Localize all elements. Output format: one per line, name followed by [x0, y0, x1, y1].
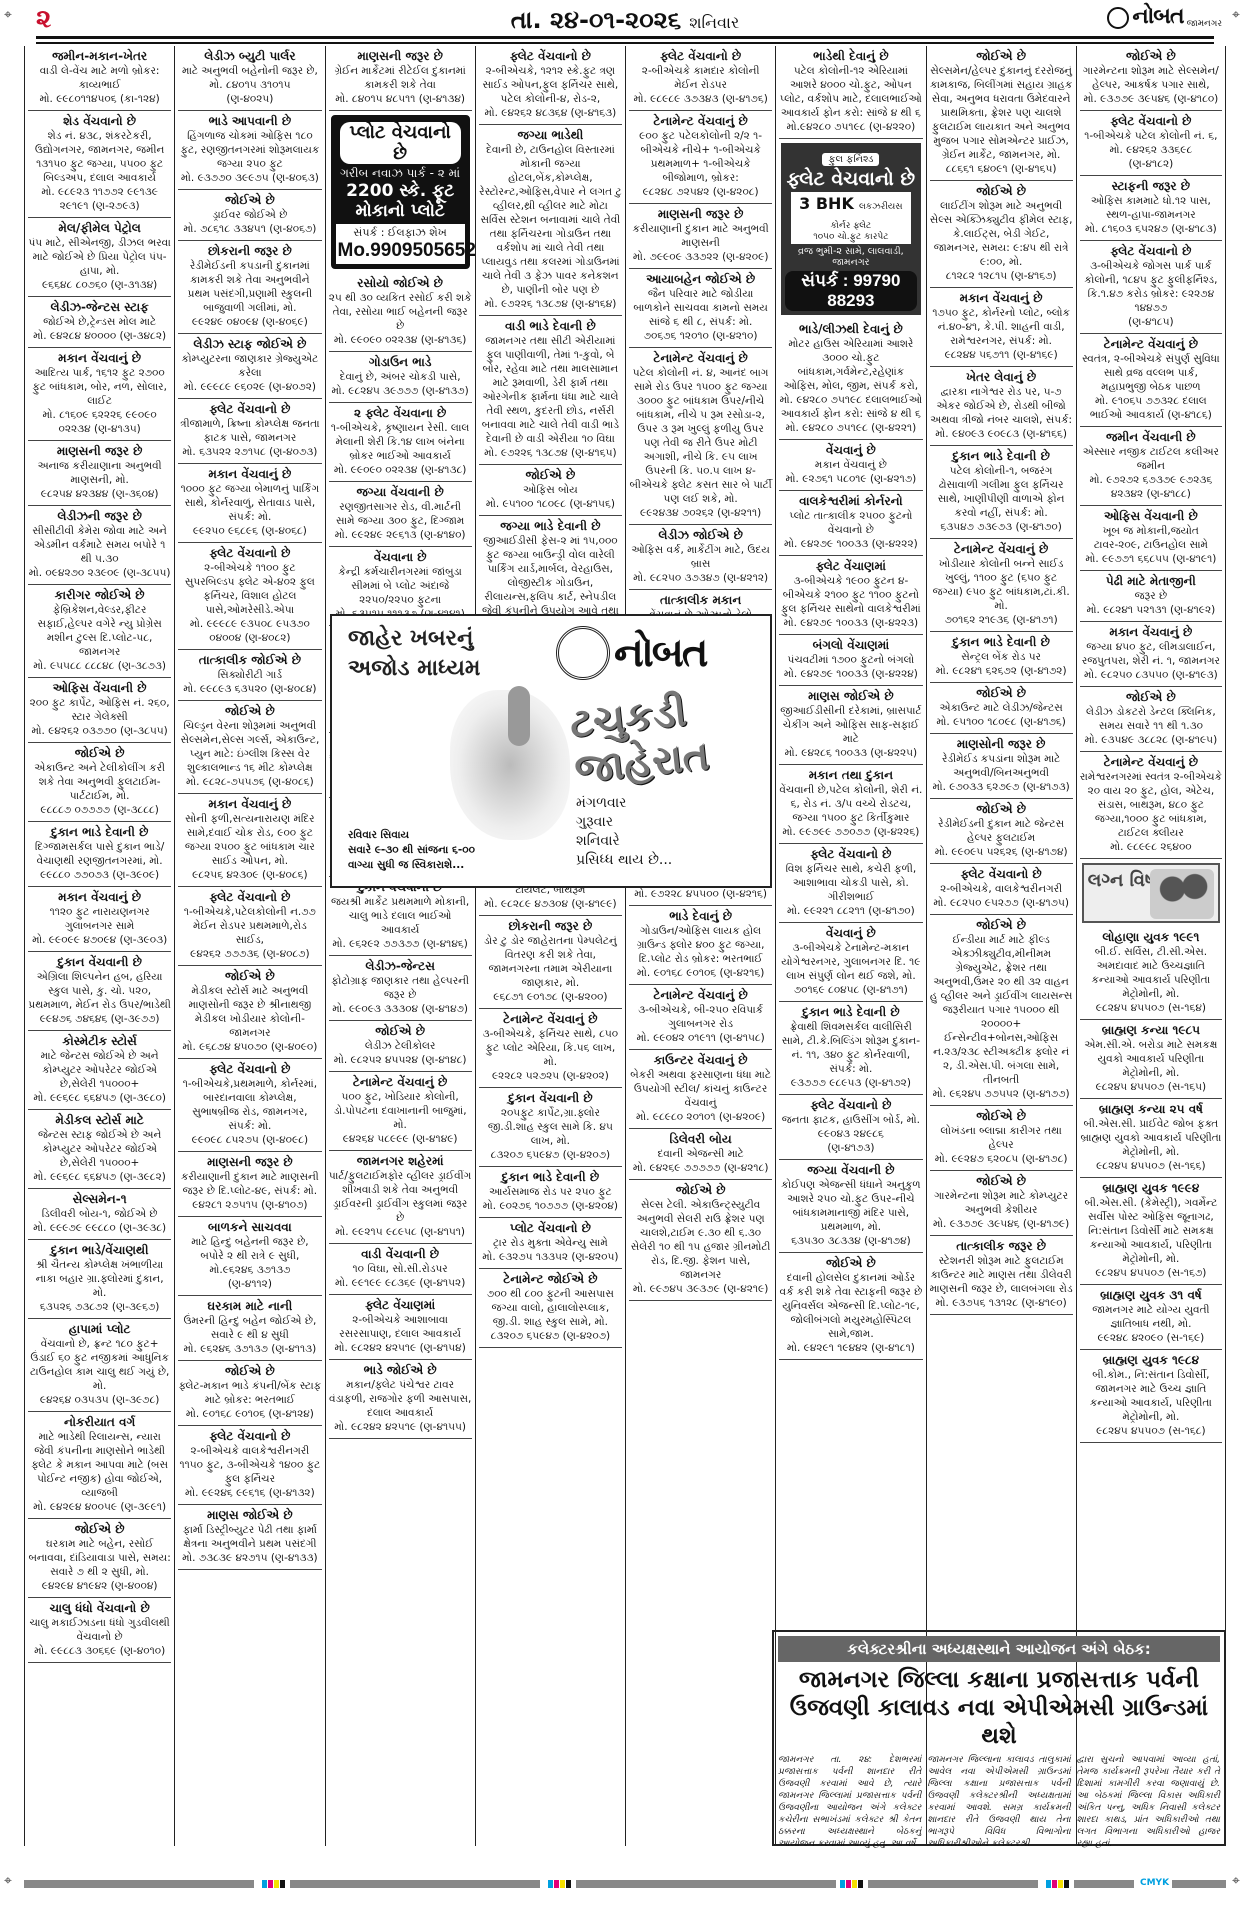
ad-code: મો. ૯૪૨૮૦ ૭૫૧૯૮ (ણ-૪૨૨૧) [779, 421, 922, 435]
classified-ad: હાપામાં પ્લોટવેંચવાનો છે, ફ્રન્ટ ૧૮૦ ફુટ… [28, 1319, 171, 1412]
ad-body: એમ.સી.એ. બરોડા માટે સમકક્ષ યુવકો આવકાર્ય… [1080, 1038, 1222, 1080]
ad-body: દેવાની છે, ટાઉનહોલ વિસ્તારમાં મોકાની જગ્… [479, 143, 622, 297]
header-rule [36, 36, 1214, 39]
ad-body: ૩-બીએચકે ૧૯૦૦ ફુટન ૪-બીએચકે ૨૧૦૦ ફુટ ૧૧૦… [779, 574, 922, 616]
ad-title: ફ્લેટ વેંચવાનો છે [178, 890, 321, 905]
ad-code: મો. ૯૪૨૭૯ ૧૦૦૩૩ (ણ-૪૨૨૨) [779, 537, 922, 551]
ad-body: ઓફિસ બોય [479, 483, 622, 497]
cmyk-swatch [1046, 1880, 1069, 1888]
classifieds-columns: જમીન-મકાન-ખેતરવાડી લે-વેંચ માટે મળો બ્રો… [24, 46, 1226, 1846]
classified-ad: દુકાન વેંચવાની છેએગ્રિલા શિલ્પનેન હબ, હર… [28, 952, 171, 1031]
ad-title: દુકાન ભાડે દેવાની છે [930, 449, 1073, 464]
ad-code: મો. ૯૯૨૨૧ ૮૮૨૧૧ (ણ-૪૧૭૦) [779, 904, 922, 918]
ad-body: ફેબ્રિકેશન,વેલ્ડર,ફીટર સફાઈ,હેલ્પર વગેરે… [28, 603, 171, 659]
ad-code: મો. ૯૯૭૪૫ ૩૯૩૭૯ (ણ-૪૨૧૯) [629, 1282, 772, 1296]
ad-title: તાત્કાલીક જરૂર છે [930, 1239, 1073, 1254]
ad-code: ૯૮૨૪૫ ૪૫૫૦૭ (સ-૧૬૬) [1080, 1159, 1222, 1173]
registration-segment [290, 1880, 540, 1888]
ad-title: દુકાન ભાડે દેવાની છે [479, 1170, 622, 1185]
ad-code: ૯૮૨૪૫ ૪૫૫૦૭ (સ-૧૬૭) [1080, 1266, 1222, 1280]
classified-ad: જોઈએ છેલોખંડના બ્લાદ્મા કારીગર તથા હેલ્પ… [930, 1106, 1073, 1171]
crop-mark-icon: ⌖ [1232, 1874, 1246, 1888]
ad-code: ૯૪૨૯૪ ૪૧૯૪૨ (ણ-૪૦૦૪) [28, 1579, 171, 1593]
cyan-swatch [548, 1880, 553, 1888]
flat-address: વ્રજ ભુમી-૨ સામે, લાલવાડી, જામનગર [785, 246, 916, 268]
ad-title: ફ્લેટ વેંચાણમાં [779, 559, 922, 574]
ad-code: ૬૩૫૪૭ ૭૩૯૭૩ (ણ-૪૧૭૦) [930, 520, 1073, 534]
ad-body: લેડીઝ ડોકટરો ડેન્ટલ ક્લિનિક, સમય સવારે ૧… [1080, 705, 1222, 733]
ad-body: ૧-બીએચકે પટેલ કોલોની નં. ૬, મો. ૯૪૨૬૨ ૩૩… [1080, 129, 1222, 157]
ad-code: મો. ૯૪૦૯૩ ૯૦૯૮૩ (ણ-૪૧૬૬) [930, 427, 1073, 441]
classified-ad: જોઈએ છેએકાઉન્ટ અને ટેલીકોલીંગ કરી શકે તે… [28, 743, 171, 822]
classified-ad: જગ્યા વેંચવાની છેરણજીતસાગર રોડ, વી.માર્ટ… [329, 482, 472, 547]
ad-code: મો. ૯૪૨૮૪ ૪૦૦૦૦ (ણ-૩૪૮૨) [28, 329, 171, 343]
ad-title: જોઈએ છે [930, 1174, 1073, 1189]
ad-body: માટે હિન્દુ બહેનની જરૂર છે, બપોરે ૨ થી ર… [178, 1235, 321, 1277]
ad-code: મો. ૯૭૨૨૬ ૧૩૮૭૪ (ણ-૪૧૬૪) [479, 297, 622, 311]
ad-body: વેંચવાની છે,પટેલ કોલોની, શેરી નં. ૬, રોડ… [779, 783, 922, 825]
classified-ad: ફ્લેટ વેંચવાનો છે૨-બીએચકે ૧૧૦૦ ફુટ સુપરબ… [178, 543, 321, 650]
classified-ad: જોઈએ છેગારમેન્ટના શોરૂમ માટે કોમ્પ્યુટર … [930, 1171, 1073, 1236]
ad-title: ફ્લેટ વેંચવાનો છે [178, 546, 321, 561]
classified-ad: ટેનામેન્ટ વેંચવાનું છે૩-બીએચકે, ફર્નિચર … [479, 1009, 622, 1088]
classified-ad: લેડીઝ-જેન્ટસફોટોગ્રાફ જાણકાર તથા હેલ્પરન… [329, 956, 472, 1021]
ad-title: મકાન વેંચવાનું છે [178, 467, 321, 482]
classified-ad: ફ્લેટ વેંચવાનો છેવિશ ફર્નિચર સાથે, કચેરી… [779, 844, 922, 923]
ad-body: આદિત્ય પાર્ક, ૧૬૧૨ ફુટ ૨૭૦૦ ફુટ બાંધકામ,… [28, 366, 171, 408]
classified-ad: જોઈએ છેમેડીકલ સ્ટોર્સ માટે અનુભવી માણસોન… [178, 966, 321, 1059]
ad-body: જેન્ટસ સ્ટાફ જોઈએ છે અને કોમ્પ્યુટર ઓપરે… [28, 1128, 171, 1170]
ad-body: ગારમેન્ટના શોરૂમ માટે કોમ્પ્યુટર અનુભવી … [930, 1189, 1073, 1217]
ad-code: ૯૪૨૬૨ ૭૭૭૩૬ (ણ-૪૦૮૭) [178, 947, 321, 961]
cmyk-swatch [262, 1880, 285, 1888]
ad-title: દુકાન વેંચવાની છે [479, 1091, 622, 1106]
ad-code: ૯૯૨૫૦ ૯૬૮૯૬ (ણ-૪૦૬૮) [178, 524, 321, 538]
ad-title: ફ્લેટ વેંચવાનો છે [779, 847, 922, 862]
ad-title: મકાન વેંચવાનું છે [178, 797, 321, 812]
classified-ad: લેડીઝની જરૂર છેસીસીટીવી કેમેરા જોવા માટે… [28, 506, 171, 585]
ad-code: (ણ-૪૧૭૩) [779, 1141, 922, 1155]
ad-code: ૯૬૮૭૧ ૯૦૧૭૮ (ણ-૪૨૦૦) [479, 990, 622, 1004]
classified-ad: બાળકને સાચવવામાટે હિન્દુ બહેનની જરૂર છે,… [178, 1217, 321, 1296]
registration-segment [1172, 1880, 1226, 1888]
ad-body: ડોર ટુ ડોર જાહેરાતના પેમ્પલેટનું વિતરણ ક… [479, 934, 622, 990]
ad-body: રેડીમેઈડની દુકાન માટે જેન્ટસ હેલ્પર ફુલટ… [930, 817, 1073, 845]
ad-title: ઓફિસ વેંચવાની છે [1080, 509, 1222, 524]
ad-code: ૯૪૨૬૪ ૫૮૯૯૯ (ણ-૪૧૪૯) [329, 1132, 472, 1146]
ad-code: ૯૮૨૪૪ ૫૬૭૧૧ (ણ-૪૧૬૯) [930, 348, 1073, 362]
ad-code: મો. ૯૯૮૮૩ ૩૦૬૬૯ (ણ-૪૦૧૦) [28, 1644, 171, 1658]
ad-code: મો. ૯૩૭૫૬ ૧૩૧૨૮ (ણ-૪૧૯૦) [930, 1296, 1073, 1310]
ad-body: બી.એસ.સી. પ્રાઈવેટ જોબ ફક્ત બ્રાહ્મણ યુવ… [1080, 1117, 1222, 1159]
ad-code: ૯૮૨૪૫ ૪૫૫૦૭ (સ-૧૬૪) [1080, 1001, 1222, 1015]
ad-code: મો. ૯૫૧૦૦ ૧૮૦૯૮ (ણ-૪૧૫૬) [479, 497, 622, 511]
ad-code: મો. ૯૪૨૭૯ ૧૦૦૩૩ (ણ-૪૨૨૪) [779, 667, 922, 681]
classified-ad: સ્ટાફની જરૂર છેઓફિસ કામમાટે ધો.૧૨ પાસ, સ… [1080, 176, 1222, 241]
classified-ad: મકાન વેંચવાનું છેઆદિત્ય પાર્ક, ૧૬૧૨ ફુટ … [28, 348, 171, 441]
ad-body: સિક્યોરીટી ગાર્ડ [178, 668, 321, 682]
ad-body: પટેલ કોલોની-૧, બજરંગ ઢોસાવાળી ગલીમા ફુલ … [930, 464, 1073, 520]
day-item: શનિવારે [576, 832, 672, 851]
ad-code: મો. ૯૪૨૮૬ ૧૦૦૩૩ (ણ-૪૨૨૫) [779, 746, 922, 760]
ad-title: જગ્યા ભાડે દેવાની છે [479, 519, 622, 534]
classified-ad: મકાન વેંચવાનું છેસોની ફળી,સત્યનારાયણ મંદ… [178, 794, 321, 887]
classified-ad: મકાન વેંચવાનું છે૧૦૦૦ ફુટ જગ્યા બેમાળનું… [178, 464, 321, 543]
ad-title: ફ્લેટ વેંચવાનો છે [1080, 114, 1222, 129]
ad-body: એસ્સાર નજીક ટાઈટલ કલીઅર જમીન [1080, 445, 1222, 473]
classified-ad: જોઈએ છેઈન્ડીયા માર્ટ માટે ફીલ્ડ એક્ઝીક્ય… [930, 915, 1073, 1106]
ad-code: મો. ૯૭૨૨૬ ૧૩૮૭૪ (ણ-૪૧૬૫) [479, 446, 622, 460]
ad-body: ૧૧૨૦ ફુટ નારાયણનગર ગુલાબનગર સામે [28, 905, 171, 933]
promo-brand-name: નોબત [614, 630, 706, 676]
ad-body: સોની ફળી,સત્યનારાયણ મંદિર સામે,દવાઈ ચોક … [178, 812, 321, 868]
box-ad-size: 2200 સ્કે. ફૂટ મોકાનો પ્લોટ [336, 181, 465, 221]
ad-body: સ્ટેશનરી શોરૂમ માટે ફુલટાઈમ કાઉન્ટર માટે… [930, 1254, 1073, 1296]
promo-tagline: જાહેર ખબરનું અજોડ માધ્યમ [348, 624, 480, 684]
flat-details: 3 BHK લકઝરીયસ કોર્નર ફ્લેટ ૧૦૫૦ ચો.ફુટ ક… [791, 192, 910, 244]
ad-body: જૈન પરિવાર માટે જોડીયા બાળકોને સાચવવા કા… [629, 287, 772, 329]
classified-ad: મેલ/ફીમેલ પેટ્રોલપંપ માટે, સીએનજી, ડીઝલ … [28, 218, 171, 297]
ad-title: જમીન-મકાન-ખેતર [28, 49, 171, 64]
ad-title: સેલ્સમેન-૧ [28, 1192, 171, 1207]
ad-code: મો. ૯૮૯૨૩ ૧૧૭૭૨ ૯૯૧૩૯ ૨૯૧૯૧ (ણ-૨૭૯૩) [28, 185, 171, 213]
hours-line: સવારે ૯-૩૦ થી સાંજના ૬-૦૦ [348, 843, 475, 858]
ad-body: ઓફિસ વર્ક, માર્કેટીંગ માટે, ઉદય બ્રાસ [629, 543, 772, 571]
ad-title: મકાન વેંચવાનું છે [1080, 625, 1222, 640]
classified-ad: સેલ્સમેન-૧ડિલીવરી બોય-૧, જોઈએ છેમો. ૯૯૯૭… [28, 1189, 171, 1240]
ad-title: ફ્લેટ વેંચવાનો છે [178, 402, 321, 417]
ad-body: ૨-બીએચકે કામદાર કોલોની મેઈન રોડપર [629, 64, 772, 92]
ad-body: વેંચવાનો છે, ફ્રન્ટ ૧૮૦ ફુટ+ ઉંડાઈ ૬૦ ફુ… [28, 1337, 171, 1393]
box-ad-heading: પ્લોટ વેચવાનો છે [340, 122, 461, 164]
hours-line: રવિવાર સિવાય [348, 828, 475, 843]
classified-ad: ફ્લેટ વેંચવાનો છેત્રીજામાળે, ક્રિષ્ના કો… [178, 399, 321, 464]
ad-code: (ણ-૪૧૧૨) [178, 1277, 321, 1291]
classified-ad: જગ્યા ભાડેથીદેવાની છે, ટાઉનહોલ વિસ્તારમા… [479, 125, 622, 316]
ad-body: માટે જેન્ટસ જોઈએ છે અને કોમ્પ્યુટર ઓપરેટ… [28, 1049, 171, 1091]
ad-title: લેડીઝ બ્યુટી પાર્લર [178, 49, 321, 64]
classified-ad: પ્લોટ વેંચવાનો છેટ્રાર રોડ મુક્તા એવેન્ય… [479, 1218, 622, 1269]
ad-title: બાળકને સાચવવા [178, 1220, 321, 1235]
column-2: લેડીઝ બ્યુટી પાર્લરમાટે અનુભવી બહેનોની જ… [174, 46, 324, 1846]
ad-title: નોકરીયાત વર્ગ [28, 1415, 171, 1430]
ad-body: ૨-બીએચકે ૧૧૦૦ ફુટ સુપરબિલ્ડપ ફ્લેટ એ-૪૦૨… [178, 561, 321, 617]
ad-body: ગ્રેઈન માર્કેટમાં રીટેઈલ દુકાનમાં કામકરી… [329, 64, 472, 92]
ad-title: જગ્યા ભાડેથી [479, 128, 622, 143]
classified-ad: જોઈએ છેલેડીઝ ડોકટરો ડેન્ટલ ક્લિનિક, સમય … [1080, 687, 1222, 752]
ad-body: ગારમેન્ટના શોરૂમ માટે સેલ્સમેન/હેલ્પર, આ… [1080, 64, 1222, 92]
classified-ad: તાત્કાલીક જરૂર છેસ્ટેશનરી શોરૂમ માટે ફુલ… [930, 1236, 1073, 1315]
ad-code: ૬૩૫૩૦ ૩૮૩૩૪ (ણ-૪૧૭૪) [779, 1234, 922, 1248]
classified-ad: ટેનામેન્ટ વેંચવાનું છેસ્વતંત્ર, ૨-બીએચકે… [1080, 334, 1222, 427]
ad-title: સ્ટાફની જરૂર છે [1080, 179, 1222, 194]
yellow-swatch [852, 1880, 857, 1888]
ad-body: ખોડીયાર કોલોની બન્ને સાઈડ ખુલ્લું, ૧૧૦૦ … [930, 557, 1073, 613]
ad-code: મો. ૯૩૫૪૯ ૩૮૮૨૮ (ણ-૪૧૯૫) [1080, 733, 1222, 747]
ad-title: જોઈએ છે [1080, 690, 1222, 705]
ad-title: ગોડાઉન ભાડે [329, 355, 472, 370]
ad-code: મો. ૯૮૯૯૮ ૨૬૪૦૦ [1080, 840, 1222, 854]
classified-ad: ભાડે દેવાનું છેગોડાઉન/ઓફિસ લાયક હોલ ગ્રા… [629, 906, 772, 985]
ad-title: ભાડે જોઈએ છે [329, 1363, 472, 1378]
ad-body: ડિલીવરી બોય-૧, જોઈએ છે [28, 1207, 171, 1221]
matrimonial-ad: બ્રાહ્મણ કન્યા ૨૫ વર્ષબી.એસ.સી. પ્રાઈવેટ… [1080, 1099, 1222, 1178]
ad-code: મો. ૯૦૨૭૬ ૧૦૭૭૭ (ણ-૪૨૦૪) [479, 1199, 622, 1213]
ad-code: મો. ૯૪૨૬૯ ૭૭૭૭૭ (ણ-૪૨૧૮) [629, 1161, 772, 1175]
ad-code: ૭૦૧૬૨ ૨૧૯૩૬ (ણ-૪૧૭૧) [930, 613, 1073, 627]
ad-title: વેંચવાનું છે [779, 926, 922, 941]
classified-ad: ટેનામેન્ટ વેંચવાનું છેખોડીયાર કોલોની બન્… [930, 539, 1073, 632]
date-line: તા. ૨૪-૦૧-૨૦૨૬શનિવાર [0, 6, 1250, 34]
classified-ad: ટેનામેન્ટ વેંચવાનું છે૫૦૦ ફુટ, ખોડિયાર ક… [329, 1072, 472, 1151]
ad-title: બ્રાહ્મણ કન્યા ૨૫ વર્ષ [1080, 1102, 1222, 1117]
classified-ad: જોઈએ છેગારમેન્ટના શોરૂમ માટે સેલ્સમેન/હે… [1080, 46, 1222, 111]
classified-ad: મેડીકલ સ્ટોર્સ માટેજેન્ટસ સ્ટાફ જોઈએ છે … [28, 1110, 171, 1189]
classified-ad: ઘરકામ માટે નાનીઉંમરની હિન્દુ બહેન જોઈએ છ… [178, 1296, 321, 1361]
ad-title: વેંચવાનું છે [779, 443, 922, 458]
ad-title: રસોયો જોઈએ છે [329, 276, 472, 291]
ad-title: જોઈએ છે [178, 193, 321, 208]
ad-code: ૭૦૧૬૯ ૮૦૪૫૮ (ણ-૪૧૭૧) [779, 983, 922, 997]
black-swatch [280, 1880, 285, 1888]
ad-title: ફ્લેટ વેંચવાનો છે [479, 49, 622, 64]
ad-code: મો. ૯૯૧૯૯ ૯૮૩૬૯ (ણ-૪૧૫૨) [329, 1276, 472, 1290]
ad-code: ૯૯૨૪૮ ૪૨૦૯૦ (સ-૧૬૯) [1080, 1331, 1222, 1345]
article-kicker: કલેક્ટરશ્રીના અધ્યક્ષસ્થાને આયોજન અંગે બ… [778, 1636, 1220, 1662]
ad-body: ૨-બીએચકે આશાબાવા રસરસાપાણ, દલાલ આવકાર્ય [329, 1313, 472, 1341]
ad-title: ફ્લેટ વેંચવાનો છે [1080, 244, 1222, 259]
ad-code: મો. ૯૯૬૯૮ ૬૬૪૫૭ (ણ-૩૯૮૨) [28, 1170, 171, 1184]
ad-code: ૮૧૨૮૨ ૧૨૮૧૫ (ણ-૪૧૬૭) [930, 269, 1073, 283]
magenta-swatch [846, 1880, 851, 1888]
column-3: માણસની જરૂર છેગ્રેઈન માર્કેટમાં રીટેઈલ દ… [325, 46, 475, 1846]
ad-body: ૧૦ વિઘા, સો.સી.રોડપર [329, 1262, 472, 1276]
classified-ad: ભાડે જોઈએ છેમકાન/ફ્લેટ પંચેશ્વર ટાવર વંડ… [329, 1360, 472, 1439]
cmyk-swatch [840, 1880, 863, 1888]
classified-ad: જોઈએ છેસેલ્સ ટેલી. એકાઉન્ટ્સ્યુટીવ અનુભવ… [629, 1180, 772, 1301]
logo-name: નોબત [1132, 4, 1183, 29]
ad-code: મો. ૯૪૨૬૨ ૪૮૩૬૪ (ણ-૪૧૬૩) [479, 106, 622, 120]
ad-code: મો. ૯૩૭૭૯ ૩૯૫૪૬ (ણ-૪૧૭૯) [930, 1217, 1073, 1231]
ad-code: મો. ૯૯૯૮૯ ૯૬૦૨૯ (ણ-૪૦૭૨) [178, 380, 321, 394]
ad-title: જોઈએ છે [930, 1109, 1073, 1124]
ad-title: લેડીઝ-જેન્ટસ સ્ટાફ [28, 300, 171, 315]
ad-code: મો. ૯૯૦૯૦ ૦૨૨૩૪ (ણ-૪૧૩૬) [329, 333, 472, 347]
ad-body: વાડી લે-વેંચ માટે મળો બ્રોકર: કાવ્યભાઈ [28, 64, 171, 92]
ad-body: લેડીઝ ટેલીકોલર [329, 1039, 472, 1053]
classified-ad: માણસની જરૂર છેકરીયાણાની દુકાન માટે માણસન… [178, 1152, 321, 1217]
ad-body: પંપ માટે, સીએનજી, ડીઝલ ભરવા માટે જોઈએ છે… [28, 236, 171, 278]
ad-body: કરીયાણાની દુકાન માટે અનુભવી માણસની [629, 222, 772, 250]
matrimonial-ad: બ્રાહ્મણ કન્યા ૧૯૮૫એમ.સી.એ. બરોડા માટે સ… [1080, 1020, 1222, 1099]
ad-code: ૯૮૨૫૪ ૪૨૩૪૪ (ણ-૩૬૦૪) [28, 487, 171, 501]
ad-title: મકાન વેંચવાનું છે [930, 291, 1073, 306]
ad-body: ૧૭૫૦ ફુટ, કોર્નરનો પ્લોટ, બ્લોક નં.૪૦-૪૧… [930, 306, 1073, 348]
ad-code: મો. ૯૯૭૭૧ ૬૬૮૫૫ (ણ-૪૧૯૧) [1080, 552, 1222, 566]
classified-ad: લેડીઝ સ્ટાફ જોઈએ છેકોમ્પ્યુટરના જાણકાર ગ… [178, 334, 321, 399]
ad-title: કોસ્મેટીક સ્ટોર્સ [28, 1034, 171, 1049]
ad-title: કાઉન્ટર વેંચવાનું છે [629, 1053, 772, 1068]
ad-code: મો. ૯૯૯૭૯ ૯૯૮૮૦ (ણ-૩૯૩૮) [28, 1221, 171, 1235]
classified-ad: શેડ વેંચવાનો છેશેડ નં. ૪૩૮, શંકરટેકરી, ઉ… [28, 111, 171, 218]
ad-code: ૯૮૮૮૭ ૦૭૭૭૭ (ણ-૩૮૮૮) [28, 803, 171, 817]
classified-ad: માણસની જરૂર છેકરીયાણાની દુકાન માટે અનુભવ… [629, 204, 772, 269]
classified-ad: વેંચવાનું છે૩-બીએચકે ટેનામેન્ટ-મકાન યોગે… [779, 923, 922, 1002]
ad-body: ફ્રેવાથી શિવમસર્કલ વાલીસિરી સામે, ટી.કે.… [779, 1020, 922, 1076]
ad-title: ટેનામેન્ટ વેંચવાનું છે [329, 1075, 472, 1090]
ad-body: માટે ભાડેથી રિલાયન્સ, ન્યારા જેવી કંપનીન… [28, 1430, 171, 1500]
classified-ad: ખેતર લેવાનું છેદ્વારકા નાગેશ્વર રોડ પર, … [930, 367, 1073, 446]
ad-title: જોઈએ છે [930, 918, 1073, 933]
classified-ad: જોઈએ છેએકાઉન્ટ માટે લેડીઝ/જેન્ટસમો. ૯૫૧૦… [930, 683, 1073, 734]
ad-code: મો. ૯૮૨૪૧ ૬૨૬૭૨ (ણ-૪૧૭૨) [930, 664, 1073, 678]
ad-code: ૮૩૨૦૭ ૬૫૯૪૭ (ણ-૪૨૦૭) [479, 1329, 622, 1343]
ad-body: ત્રીજામાળે, ક્રિષ્ના કોમ્પ્લેક્ષ જનતા ફા… [178, 417, 321, 445]
ad-body: રેડીમેઈડ કપડાંના શોરૂમ માટે અનુભવી/બિનઅન… [930, 752, 1073, 780]
matrimonial-ad: બ્રાહ્મણ યુવક ૧૯૯૪બી.એસ.સી. (કેમેસ્ટ્રી)… [1080, 1178, 1222, 1285]
classified-ad: ચાલુ ધંધો વેંચવાનો છેચાલુ મકાઈઝાડના ધંધો… [28, 1598, 171, 1663]
ad-code: મો. ૯૪૨૬૨ ૦૩૭૭૦ (ણ-૩૮૫૫) [28, 724, 171, 738]
ad-title: જોઈએ છે [28, 1522, 171, 1537]
classified-ad: કારીગર જોઈએ છેફેબ્રિકેશન,વેલ્ડર,ફીટર સફા… [28, 585, 171, 678]
cmyk-label: CMYK [1140, 1878, 1169, 1888]
ad-body: રણજીતસાગર રોડ, વી.માર્ટની સામે જગ્યા ૩૦૦… [329, 500, 472, 528]
ad-body: ખૂબ જ મોકાની,જયોત ટાવર-૨૦૯, ટાઉનહોલ સામે [1080, 524, 1222, 552]
ad-title: જોઈએ છે [930, 49, 1073, 64]
classified-ad: દુકાન વેંચવાની છે૨૦૫ફુટ કાર્પેટ,ગ્રા.ફ્લ… [479, 1088, 622, 1167]
classified-ad: જોઈએ છેફ્લેટ-મકાન ભાડે કંપની/બેંક સ્ટાફ … [178, 1361, 321, 1426]
ad-body: જગ્યા ૪૫૦ ફુટ, લીમડાલાઈન, રજપુતપરા, શેરી… [1080, 640, 1222, 668]
ad-body: ૧-બીએચકે,પટેલકોલોની ન.૭૭ મેઈન રોડપર પ્રથ… [178, 905, 321, 947]
ad-body: દ્વારકા નાગેશ્વર રોડ પર, ૫-૭ એકર જોઈએ છે… [930, 385, 1073, 427]
publication-days: મંગળવાર ગુરૂવાર શનિવારે પ્રસિધ્ધ થાય છે.… [576, 794, 672, 870]
classified-ad: માણસની જરૂર છેગ્રેઈન માર્કેટમાં રીટેઈલ દ… [329, 46, 472, 111]
ad-title: મેલ/ફીમેલ પેટ્રોલ [28, 221, 171, 236]
page-header: ⌖ ⌖ ૨ તા. ૨૪-૦૧-૨૦૨૬શનિવાર નોબત જામનગર [0, 0, 1250, 44]
classified-ad: વાડી ભાડે દેવાની છેજામનગર તથા સીટી એરીયા… [479, 316, 622, 465]
ad-body: ઓફિસ કામમાટે ધો.૧૨ પાસ, સ્થળ-હાપા-જામનગર [1080, 194, 1222, 222]
ad-body: બી.કોમ., નિ:સંતાન ડિવોર્સી, જામનગર માટે … [1080, 1368, 1222, 1424]
classified-ad: ટેનામેન્ટ વેંચવાનું છેપટેલ કોલોની નં. ૪,… [629, 348, 772, 525]
ad-code: ૯૮૨૪૫ ૪૫૫૦૭ (સ-૧૬૫) [1080, 1080, 1222, 1094]
ad-body: ૧૦૦૦ ફુટ જગ્યા બેમાળનું પાર્કિંગ સાથે, ક… [178, 482, 321, 524]
ad-title: મેડીકલ સ્ટોર્સ માટે [28, 1113, 171, 1128]
ad-title: છોકરાની જરૂર છે [479, 919, 622, 934]
ad-code: મો. ૯૭૨૭૨ ૬૭૩૭૯ ૯૭૨૩૬ ૪૨૩૪૨ (ણ-૪૧૮૮) [1080, 473, 1222, 501]
header-rule [36, 42, 1214, 44]
flat-sale-box-ad: ફુલ ફર્નિશ્ડ ફ્લેટ વેચવાનો છે 3 BHK લકઝર… [781, 143, 920, 315]
classified-ad: ૨ ફ્લેટ વેંચવાના છે૧-બીએચકે, કૃષ્ણાયન રે… [329, 403, 472, 482]
classified-ad: બંગલો વેંચાણમાંપંચવટીમાં ૧૭૦૦ ફુટનો બંગલ… [779, 635, 922, 686]
ad-body: ૭૦૦ થી ૮૦૦ ફુટની આસપાસ જગ્યા વાલો, હાલાલ… [479, 1287, 622, 1329]
ad-code: મો. ૯૮૨૪૨ ૪૨૫૧૯ (ણ-૪૧૫૫) [329, 1420, 472, 1434]
ad-body: વિશ ફર્નિચર સાથે, કચેરી ફળી, આશાભાવા ચોક… [779, 862, 922, 904]
ad-code: ૯૮૨૪૮ ૭૨૫૪૨ (ણ-૪૨૦૮) [629, 185, 772, 199]
matrimonial-ad: બ્રાહ્મણ યુવક ૧૯૮૪બી.કોમ., નિ:સંતાન ડિવો… [1080, 1350, 1222, 1443]
ad-code: મો. ૯૯૦૯૯ ૪૭૦૯૪ (ણ-૩૯૦૩) [28, 933, 171, 947]
article-body: જામનગર તા. ૨૪: દેશભરમાં પ્રજાસત્તાક પર્વ… [778, 1754, 1220, 1850]
ad-code: મો. ૯૮૨૮-૭૫૫૭૬ (ણ-૪૦૮૬) [178, 775, 321, 789]
ad-body: ૫૦૦ ફુટ, ખોડિયાર કોલોની, ડો.પોપટના દવાખા… [329, 1090, 472, 1132]
promo-tagline-line: જાહેર ખબરનું [348, 624, 480, 654]
ad-title: ફ્લેટ વેંચવાનો છે [779, 1098, 922, 1113]
yellow-swatch [1058, 1880, 1063, 1888]
ad-code: ૯૪૨૬૪ ૦૩૫૩૫ (ણ-૩૯૭૮) [28, 1393, 171, 1407]
ad-code: મો. ૯૯૬૯૮ ૬૬૪૫૭ (ણ-૩૯૮૦) [28, 1091, 171, 1105]
bhk-label: 3 BHK [799, 194, 854, 213]
magenta-swatch [554, 1880, 559, 1888]
ad-title: ટેનામેન્ટ વેંચવાનું છે [1080, 755, 1222, 770]
ad-title: જોઈએ છે [930, 686, 1073, 701]
ad-title: જોઈએ છે [178, 969, 321, 984]
classified-ad: દુકાન વેંચવાની છેજયશ્રી માર્કેટ પ્રથમમાળ… [329, 877, 472, 956]
ad-code: મો. ૯૧૦૬૫ ૭૭૩૨૮ દલાલ ભાઈઓ આવકાર્ય (ણ-૪૧૮… [1080, 394, 1222, 422]
box-ad-heading: ફ્લેટ વેચવાનો છે [785, 168, 916, 190]
ad-body: ૧-બીએચકે, કૃષ્ણાયન રેસી. લાલ મેલાની શેરી… [329, 421, 472, 463]
classified-ad: પેઢી માટે મેતાજીનીજરૂર છેમો. ૯૮૨૪૧ ૫૨૧૩૧… [1080, 571, 1222, 622]
ad-body: ૨-બીએચકે, ૧૨૧૨ સ્કે.ફુટ ત્રણ સાઈડ ઓપન,ફુ… [479, 64, 622, 106]
classified-ad: ઓફિસ વેંચવાની છેખૂબ જ મોકાની,જયોત ટાવર-૨… [1080, 506, 1222, 571]
ad-code: મો. ૯૭૦૩૩ ૬૨૭૯૭ (ણ-૪૧૭૩) [930, 780, 1073, 794]
ad-code: મો. ૯૯૨૪૭ ૬૨૦૮૫ (ણ-૪૧૭૮) [930, 1152, 1073, 1166]
ad-code: મો. ૦૯૪૨૭૦ ૨૩૯૦૯ (ણ-૩૮૫૫) [28, 566, 171, 580]
classified-ad: જોઈએ છેઘરકામ માટે બહેન, રસોઈ બનાવવા, દાં… [28, 1519, 171, 1598]
crop-mark-icon: ⌖ [4, 1874, 18, 1888]
ad-body: પંચવટીમાં ૧૭૦૦ ફુટનો બંગલો [779, 653, 922, 667]
ad-code: મો. ૯૭૨૨૮ ૪૫૫૦૦ (ણ-૪૨૧૬) [629, 887, 772, 901]
article-paragraph: જામનગર જિલ્લાના કાલાવડ તાલુકામાં આવેલ નવ… [927, 1754, 1070, 1850]
ad-code: મો. ૭૩૮૩૯ ૪૨૭૧૫ (ણ-૪૧૩૩) [178, 1551, 321, 1565]
ad-body: ચિલ્ડ્રન વેરના શોરૂમમાં અનુભવી સેલ્સમેન,… [178, 719, 321, 775]
ad-title: જોઈએ છે [178, 1364, 321, 1379]
ad-body: ટ્રાર રોડ મુક્તા એવેન્યુ સામે [479, 1236, 622, 1250]
ad-body: બી.એસ.સી. (કેમેસ્ટ્રી), ગવર્મેન્ટ સર્વીસ… [1080, 1196, 1222, 1266]
ad-title: જોઈએ છે [28, 746, 171, 761]
ad-body: લાઈટીંગ શોરૂમ માટે અનુભવી સેલ્સ એક્ઝિક્ય… [930, 199, 1073, 269]
classified-ad: માણસ જોઈએ છેફાર્મા ડિસ્ટ્રીબ્યુટર પેઢી ત… [178, 1505, 321, 1570]
ad-code: મો. ૯૯૨૪૬ ૯૯૬૧૬ (ણ-૪૧૩૨) [178, 1486, 321, 1500]
ad-body: એગ્રિલા શિલ્પનેન હબ, હરિયા સ્કુલ પાસે, ક… [28, 970, 171, 1012]
ad-body: જરૂર છે [1080, 589, 1222, 603]
ad-code: મો. ૯૯૮૦૧૧૪૫૦૬ (કા-૧૨૪) [28, 92, 171, 106]
issue-date: તા. ૨૪-૦૧-૨૦૨૬ [511, 6, 681, 34]
ad-title: મકાન વેંચવાનું છે [28, 890, 171, 905]
ad-code: મો. ૯૮૨૫૦ ૮૩૫૫૦ (ણ-૪૧૯૩) [1080, 668, 1222, 682]
ad-code: ૯૯૨૪૯ ૦૪૦૯૪ (ણ-૪૦૬૯) [178, 315, 321, 329]
classified-ad: દુકાન ભાડે દેવાની છેઆર્યસમાજ રોડ પર ૨૫૦ … [479, 1167, 622, 1218]
registration-segment [1074, 1880, 1134, 1888]
ad-body: સીસીટીવી કેમેરા જોવા માટે અને એડમીન વર્ક… [28, 524, 171, 566]
black-swatch [1064, 1880, 1069, 1888]
masthead-logo: નોબત જામનગર [1107, 4, 1222, 29]
ad-title: માણસની જરૂર છે [629, 207, 772, 222]
ad-title: લેડીઝની જરૂર છે [28, 509, 171, 524]
ad-title: વાલકેશ્વરીમાં કોર્નરનો [779, 494, 922, 509]
ad-code: (ણ-૪૧૮૨) [1080, 157, 1222, 171]
ad-code: મો. ૯૦૧૬૮ ૯૦૧૦૬ (ણ-૪૧૨૪) [178, 1407, 321, 1421]
classified-ad: જોઈએ છેઓફિસ બોયમો. ૯૫૧૦૦ ૧૮૦૯૮ (ણ-૪૧૫૬) [479, 465, 622, 516]
ad-title: માણસની જરૂર છે [28, 444, 171, 459]
classified-ad: આયાબહેન જોઈએ છેજૈન પરિવાર માટે જોડીયા બા… [629, 269, 772, 348]
ad-body: ૧-બીએચકે,પ્રથમમાળે, કોર્નરમાં, બારદાનવાલ… [178, 1077, 321, 1133]
registration-segment [24, 1880, 254, 1888]
ad-body: ફાર્મા ડિસ્ટ્રીબ્યુટર પેઢી તથા ફાર્મા ક્… [178, 1523, 321, 1551]
ad-title: માણસોની જરૂર છે [930, 737, 1073, 752]
ad-title: દુકાન ભાડે દેવાની છે [779, 1005, 922, 1020]
ad-code: મો. ૯૯૦૪૨ ૦૧૯૧૧ (ણ-૪૧૫૮) [629, 1031, 772, 1045]
classified-ad: છોકરાની જરૂર છેડોર ટુ ડોર જાહેરાતના પેમ્… [479, 916, 622, 1009]
ad-title: ફ્લેટ વેંચવાનો છે [930, 867, 1073, 882]
